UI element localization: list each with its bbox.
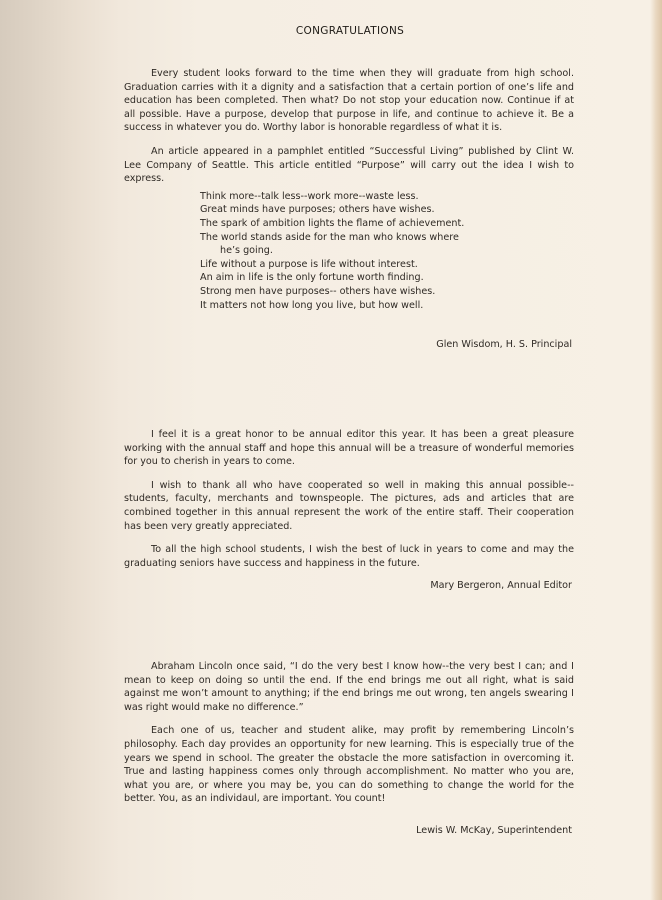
poem-line: The world stands aside for the man who k…	[200, 231, 574, 245]
poem-line: Great minds have purposes; others have w…	[200, 203, 574, 217]
poem-line: The spark of ambition lights the flame o…	[200, 217, 574, 231]
editor-message: I feel it is a great honor to be annual …	[124, 428, 574, 570]
paragraph: Every student looks forward to the time …	[124, 67, 574, 135]
paragraph: Each one of us, teacher and student alik…	[124, 724, 574, 806]
poem-line: It matters not how long you live, but ho…	[200, 299, 574, 313]
principal-message: Every student looks forward to the time …	[124, 67, 574, 312]
poem-line: An aim in life is the only fortune worth…	[200, 271, 574, 285]
purpose-poem: Think more--talk less--work more--waste …	[200, 190, 574, 312]
paragraph: I feel it is a great honor to be annual …	[124, 428, 574, 469]
paragraph: To all the high school students, I wish …	[124, 543, 574, 570]
poem-line: he’s going.	[200, 244, 574, 258]
principal-signature: Glen Wisdom, H. S. Principal	[436, 339, 572, 350]
paragraph: Abraham Lincoln once said, “I do the ver…	[124, 660, 574, 714]
yearbook-page: CONGRATULATIONS Every student looks forw…	[0, 0, 662, 900]
editor-signature: Mary Bergeron, Annual Editor	[430, 580, 572, 591]
page-title: CONGRATULATIONS	[0, 25, 662, 37]
poem-line: Think more--talk less--work more--waste …	[200, 190, 574, 204]
paragraph: I wish to thank all who have cooperated …	[124, 479, 574, 533]
paragraph: An article appeared in a pamphlet entitl…	[124, 145, 574, 186]
superintendent-signature: Lewis W. McKay, Superintendent	[416, 825, 572, 836]
poem-line: Life without a purpose is life without i…	[200, 258, 574, 272]
superintendent-message: Abraham Lincoln once said, “I do the ver…	[124, 660, 574, 806]
poem-line: Strong men have purposes-- others have w…	[200, 285, 574, 299]
